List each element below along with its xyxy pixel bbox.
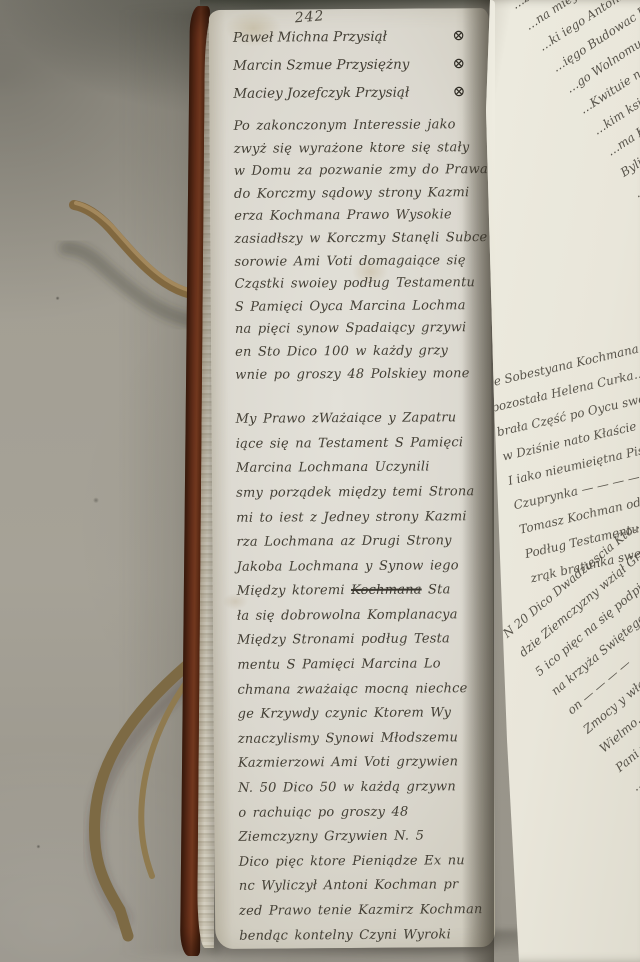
paragraph-1: Po zakonczonym Interessie jako zwyż się … bbox=[233, 114, 477, 387]
manuscript-line: iące się na Testament S Pamięci bbox=[236, 431, 478, 457]
paragraph-3-lines: ła się dobrowolna Komplanacya Między Str… bbox=[237, 603, 481, 949]
left-page: 242 Paweł Michna Przysiął ⊗ Marcin Szmue… bbox=[209, 8, 496, 949]
attestation-list: Paweł Michna Przysiął ⊗ Marcin Szmue Prz… bbox=[233, 22, 476, 108]
attestation-name: Paweł Michna Przysiął bbox=[233, 29, 387, 46]
manuscript-line: sorowie Ami Voti domagaiące się bbox=[234, 250, 476, 274]
manuscript-line: znaczylismy Synowi Młodszemu bbox=[238, 726, 480, 752]
manuscript-line: do Korczmy sądowy strony Kazmi bbox=[234, 182, 476, 206]
manuscript-line: nc Wyliczył Antoni Kochman pr bbox=[239, 874, 481, 900]
manuscript-line: mi to iest z Jedney strony Kazmi bbox=[236, 505, 478, 531]
manuscript-line: Między Stronami podług Testa bbox=[237, 628, 479, 654]
manuscript-line: en Sto Dico 100 w każdy grzy bbox=[235, 340, 477, 364]
manuscript-line-struck: Między ktoremi Kochmana Sta bbox=[237, 578, 479, 604]
attestation-line: Marcin Szmue Przysiężny ⊗ bbox=[233, 50, 465, 80]
manuscript-line: zasiadłszy w Korczmy Stanęli Subce bbox=[234, 227, 476, 251]
attestation-line: Paweł Michna Przysiął ⊗ bbox=[233, 22, 465, 52]
left-page-text: Paweł Michna Przysiął ⊗ Marcin Szmue Prz… bbox=[233, 22, 481, 949]
attestation-name: Maciey Jozefczyk Przysiął bbox=[233, 85, 409, 102]
manuscript-line: Kazmierzowi Ami Voti grzywien bbox=[238, 751, 480, 777]
manuscript-line: Po zakonczonym Interessie jako bbox=[233, 114, 475, 138]
right-page: …Wyszukał… …tomkami nie… …zakładaiące so… bbox=[477, 0, 640, 962]
manuscript-line: mentu S Pamięci Marcina Lo bbox=[237, 652, 479, 678]
manuscript-line: My Prawo zWażaiące y Zapatru bbox=[236, 406, 478, 432]
manuscript-line: Jakoba Lochmana y Synow iego bbox=[237, 554, 479, 580]
manuscript-line: Ziemczyzny Grzywien N. 5 bbox=[238, 824, 480, 850]
manuscript-line: Cząstki swoiey podług Testamentu bbox=[235, 272, 477, 296]
manuscript-line: zed Prawo tenie Kazmirz Kochman bbox=[239, 898, 481, 924]
struck-word: Kochmana bbox=[351, 583, 422, 598]
manuscript-line: N. 50 Dico 50 w każdą grzywn bbox=[238, 775, 480, 801]
manuscript-line: erza Kochmana Prawo Wysokie bbox=[234, 205, 476, 229]
manuscript-line: smy porządek między temi Strona bbox=[236, 480, 478, 506]
manuscript-line: chmana zważaiąc mocną niechce bbox=[237, 677, 479, 703]
attestation-name: Marcin Szmue Przysiężny bbox=[233, 57, 409, 74]
manuscript-line: Marcina Lochmana Uczynili bbox=[236, 455, 478, 481]
manuscript-line: S Pamięci Oyca Marcina Lochma bbox=[235, 295, 477, 319]
paragraph-2-lines: My Prawo zWażaiące y Zapatru iące się na… bbox=[236, 406, 479, 580]
manuscript-line: w Domu za pozwanie zmy do Prawa bbox=[234, 159, 476, 183]
manuscript-line: Dico pięc ktore Pieniądze Ex nu bbox=[239, 849, 481, 875]
manuscript-line: rza Lochmana az Drugi Strony bbox=[236, 529, 478, 555]
paragraph-2: My Prawo zWażaiące y Zapatru iące się na… bbox=[236, 406, 482, 949]
manuscript-line: na pięci synow Spadaiący grzywi bbox=[235, 317, 477, 341]
struck-line-before: Między ktoremi bbox=[237, 583, 351, 599]
manuscript-line: bendąc kontelny Czyni Wyroki bbox=[239, 923, 481, 949]
manuscript-line: wnie po groszy 48 Polskiey mone bbox=[235, 363, 477, 387]
manuscript-photo: 242 Paweł Michna Przysiął ⊗ Marcin Szmue… bbox=[0, 0, 640, 962]
manuscript-line: ła się dobrowolna Komplanacya bbox=[237, 603, 479, 629]
manuscript-line: ge Krzywdy czynic Ktorem Wy bbox=[238, 701, 480, 727]
right-page-fragments-top: …Wyszukał… …tomkami nie… …zakładaiące so… bbox=[479, 0, 640, 289]
manuscript-line: o rachuiąc po groszy 48 bbox=[238, 800, 480, 826]
manuscript-line: zwyż się wyrażone ktore się stały bbox=[234, 137, 476, 161]
struck-line-after: Sta bbox=[422, 583, 451, 598]
attestation-line: Maciey Jozefczyk Przysiął ⊗ bbox=[233, 78, 465, 108]
